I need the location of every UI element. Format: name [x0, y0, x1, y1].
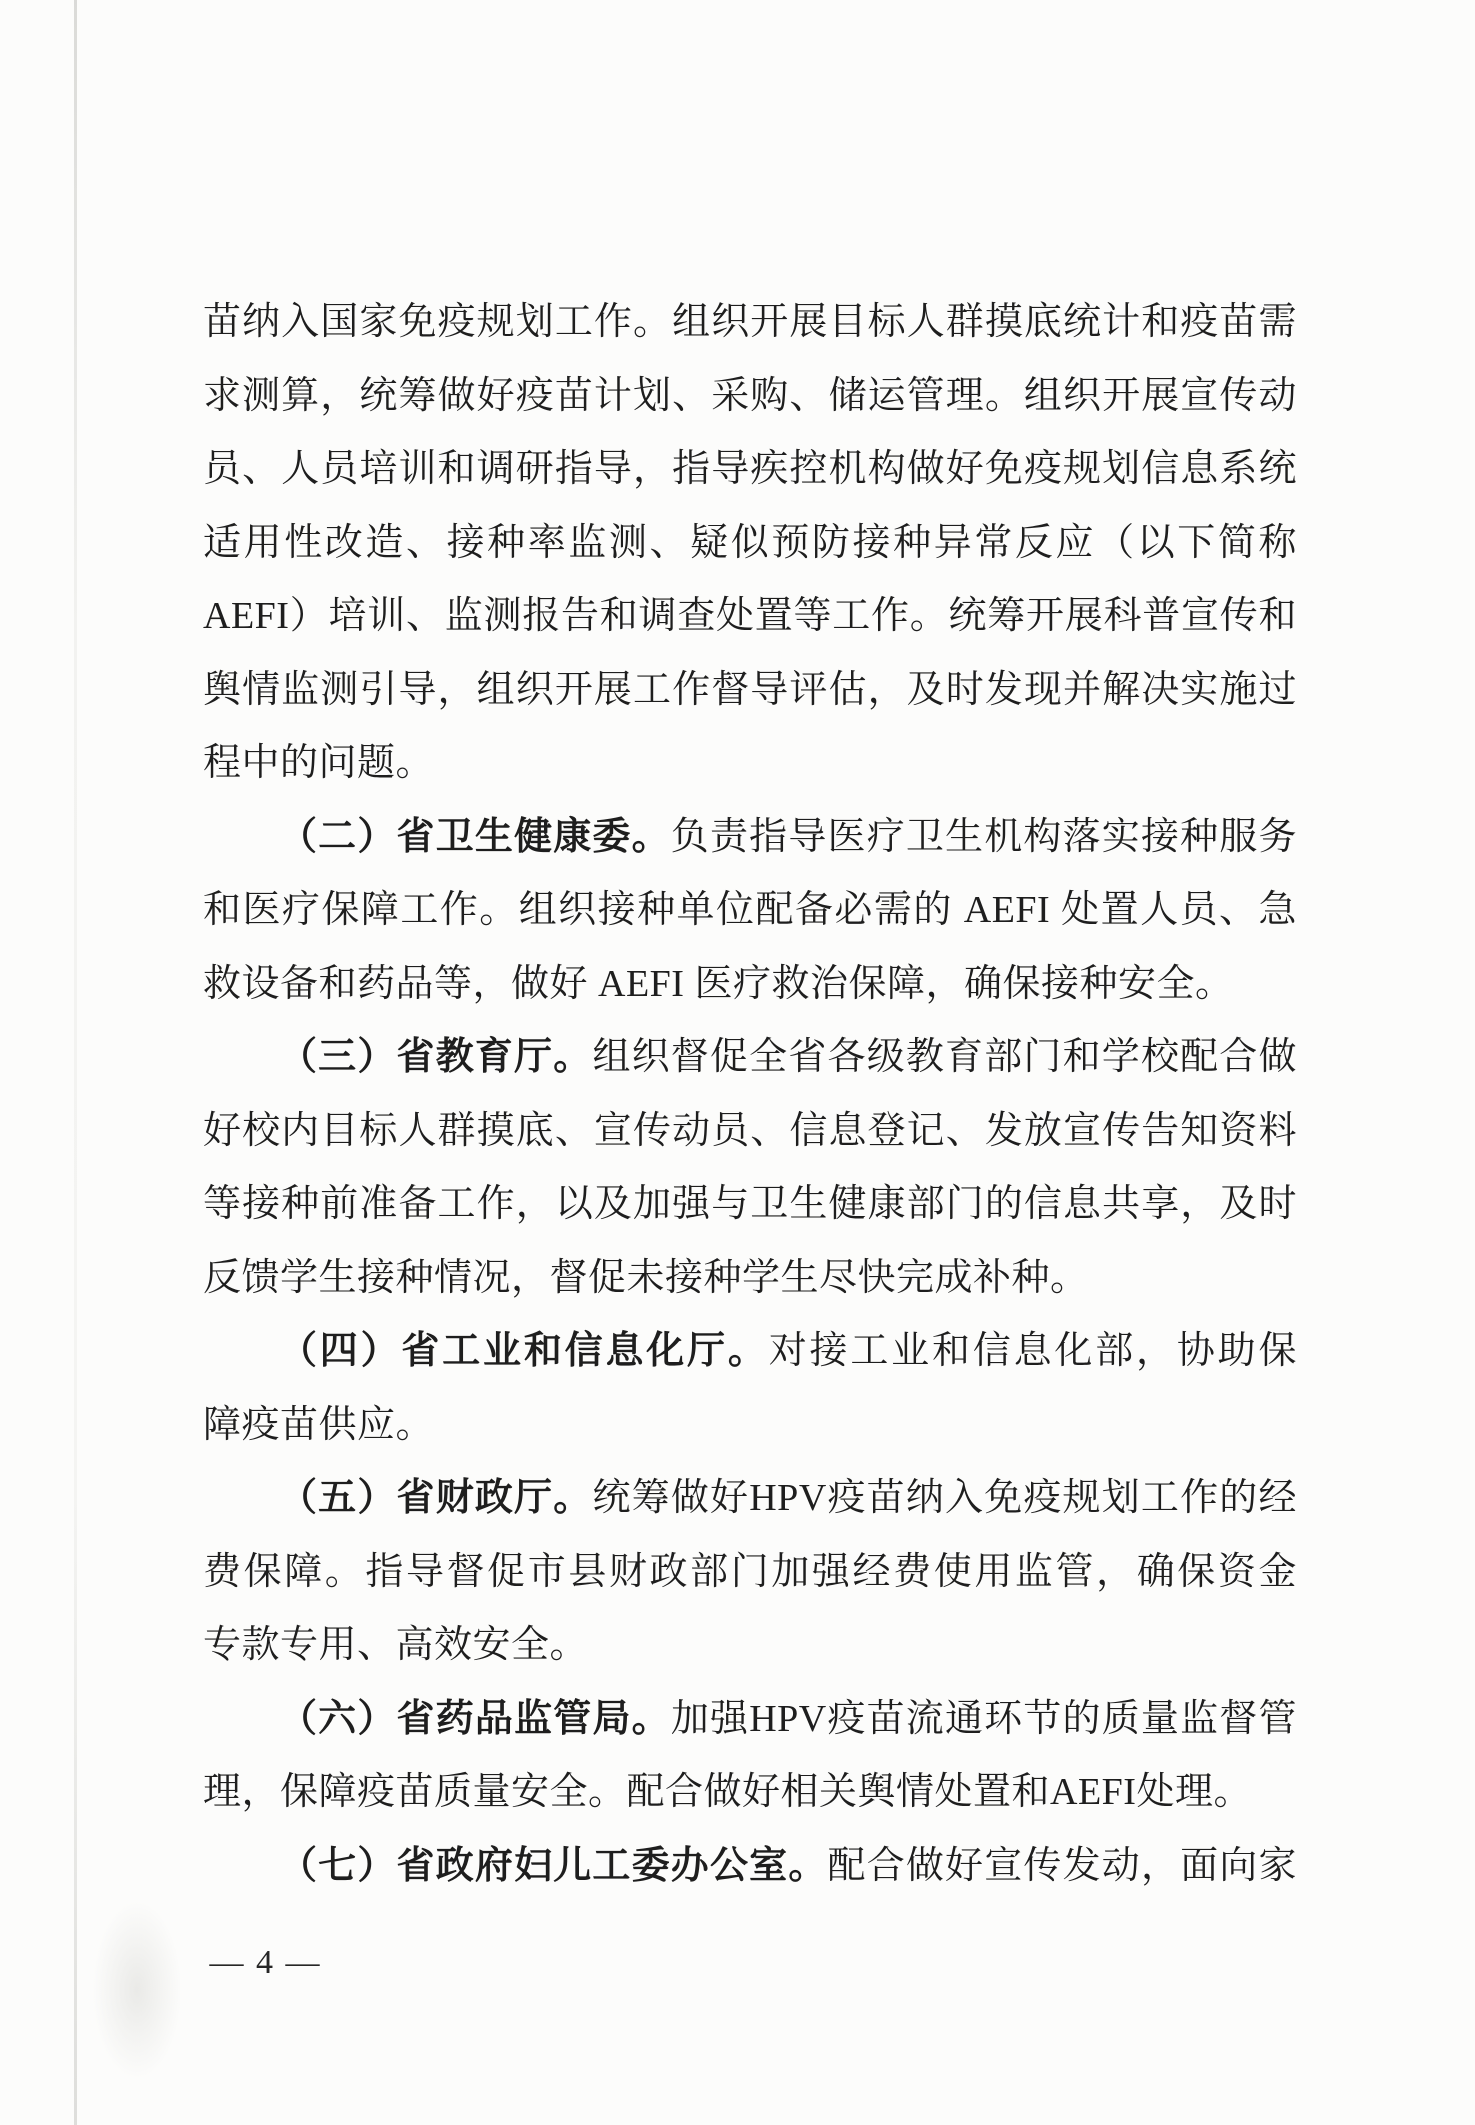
text-line: （二）省卫生健康委。负责指导医疗卫生机构落实接种服务 — [203, 801, 1297, 875]
text-line: （七）省政府妇儿工委办公室。配合做好宣传发动，面向家 — [203, 1830, 1297, 1904]
text-line: 员、人员培训和调研指导，指导疾控机构做好免疫规划信息系统 — [203, 433, 1297, 507]
text-line: AEFI）培训、监测报告和调查处置等工作。统筹开展科普宣传和 — [203, 580, 1297, 654]
text-line: 和医疗保障工作。组织接种单位配备必需的 AEFI 处置人员、急 — [203, 874, 1297, 948]
text-segment: 理，保障疫苗质量安全。配合做好相关舆情处置和AEFI处理。 — [203, 1771, 1252, 1813]
section-heading-segment: （六）省药品监管局。 — [279, 1698, 671, 1740]
text-segment: 等接种前准备工作，以及加强与卫生健康部门的信息共享，及时 — [203, 1183, 1297, 1225]
text-segment: 求测算，统筹做好疫苗计划、采购、储运管理。组织开展宣传动 — [203, 375, 1297, 417]
scan-smudge — [92, 1900, 182, 2080]
text-line: 程中的问题。 — [203, 727, 1297, 801]
text-segment: 专款专用、高效安全。 — [203, 1624, 588, 1666]
text-line: （四）省工业和信息化厅。对接工业和信息化部，协助保 — [203, 1315, 1297, 1389]
text-segment: 对接工业和信息化部，协助保 — [769, 1330, 1297, 1372]
text-line: 舆情监测引导，组织开展工作督导评估，及时发现并解决实施过 — [203, 654, 1297, 728]
text-segment: 组织督促全省各级教育部门和学校配合做 — [592, 1036, 1297, 1078]
text-segment: 程中的问题。 — [203, 742, 434, 784]
document-body: 苗纳入国家免疫规划工作。组织开展目标人群摸底统计和疫苗需求测算，统筹做好疫苗计划… — [203, 286, 1297, 1903]
section-heading-segment: （四）省工业和信息化厅。 — [279, 1330, 769, 1372]
text-line: 适用性改造、接种率监测、疑似预防接种异常反应（以下简称 — [203, 507, 1297, 581]
text-line: 反馈学生接种情况，督促未接种学生尽快完成补种。 — [203, 1242, 1297, 1316]
text-line: 苗纳入国家免疫规划工作。组织开展目标人群摸底统计和疫苗需 — [203, 286, 1297, 360]
text-line: 障疫苗供应。 — [203, 1389, 1297, 1463]
text-line: 费保障。指导督促市县财政部门加强经费使用监管，确保资金 — [203, 1536, 1297, 1610]
text-segment: 好校内目标人群摸底、宣传动员、信息登记、发放宣传告知资料 — [203, 1110, 1297, 1152]
text-segment: 费保障。指导督促市县财政部门加强经费使用监管，确保资金 — [203, 1551, 1297, 1593]
text-segment: 统筹做好HPV疫苗纳入免疫规划工作的经 — [593, 1477, 1298, 1519]
text-segment: AEFI）培训、监测报告和调查处置等工作。统筹开展科普宣传和 — [203, 595, 1297, 637]
text-segment: 和医疗保障工作。组织接种单位配备必需的 AEFI 处置人员、急 — [203, 889, 1297, 931]
text-segment: 员、人员培训和调研指导，指导疾控机构做好免疫规划信息系统 — [203, 448, 1297, 490]
text-line: 等接种前准备工作，以及加强与卫生健康部门的信息共享，及时 — [203, 1168, 1297, 1242]
text-line: 专款专用、高效安全。 — [203, 1609, 1297, 1683]
scan-edge-line — [74, 0, 77, 2125]
text-segment: 苗纳入国家免疫规划工作。组织开展目标人群摸底统计和疫苗需 — [203, 301, 1297, 343]
text-line: 救设备和药品等，做好 AEFI 医疗救治保障，确保接种安全。 — [203, 948, 1297, 1022]
text-segment: 障疫苗供应。 — [203, 1404, 434, 1446]
document-page: 苗纳入国家免疫规划工作。组织开展目标人群摸底统计和疫苗需求测算，统筹做好疫苗计划… — [0, 0, 1475, 2125]
section-heading-segment: （五）省财政厅。 — [279, 1477, 593, 1519]
text-line: 求测算，统筹做好疫苗计划、采购、储运管理。组织开展宣传动 — [203, 360, 1297, 434]
page-number: — 4 — — [183, 1944, 348, 1982]
text-segment: 负责指导医疗卫生机构落实接种服务 — [671, 816, 1297, 858]
section-heading-segment: （三）省教育厅。 — [279, 1036, 592, 1078]
text-line: （三）省教育厅。组织督促全省各级教育部门和学校配合做 — [203, 1021, 1297, 1095]
text-line: （五）省财政厅。统筹做好HPV疫苗纳入免疫规划工作的经 — [203, 1462, 1297, 1536]
text-segment: 反馈学生接种情况，督促未接种学生尽快完成补种。 — [203, 1257, 1089, 1299]
text-line: （六）省药品监管局。加强HPV疫苗流通环节的质量监督管 — [203, 1683, 1297, 1757]
text-segment: 加强HPV疫苗流通环节的质量监督管 — [671, 1698, 1297, 1740]
text-segment: 适用性改造、接种率监测、疑似预防接种异常反应（以下简称 — [203, 522, 1297, 564]
section-heading-segment: （二）省卫生健康委。 — [279, 816, 671, 858]
text-line: 理，保障疫苗质量安全。配合做好相关舆情处置和AEFI处理。 — [203, 1756, 1297, 1830]
text-segment: 舆情监测引导，组织开展工作督导评估，及时发现并解决实施过 — [203, 669, 1297, 711]
section-heading-segment: （七）省政府妇儿工委办公室。 — [279, 1845, 828, 1887]
text-segment: 救设备和药品等，做好 AEFI 医疗救治保障，确保接种安全。 — [203, 963, 1233, 1005]
text-line: 好校内目标人群摸底、宣传动员、信息登记、发放宣传告知资料 — [203, 1095, 1297, 1169]
text-segment: 配合做好宣传发动，面向家 — [828, 1845, 1297, 1887]
